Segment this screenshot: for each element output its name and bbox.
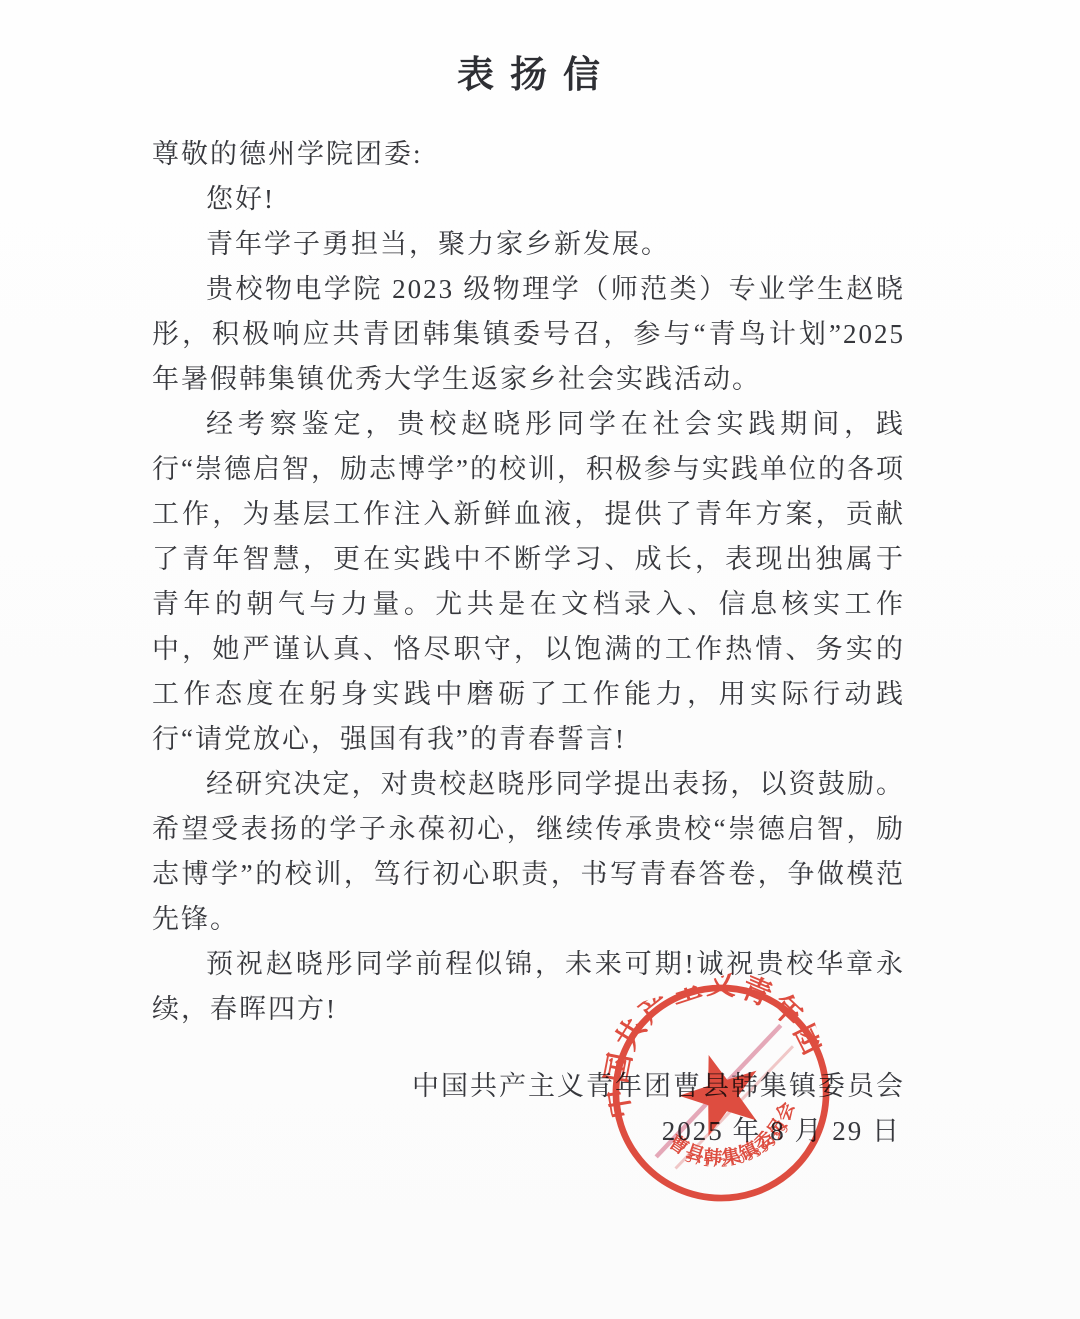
paragraph: 您好! <box>152 177 905 222</box>
signature-date: 2025 年 8 月 29 日 <box>152 1109 905 1154</box>
paragraph: 经考察鉴定，贵校赵晓彤同学在社会实践期间，践行“崇德启智，励志博学”的校训，积极… <box>152 402 905 762</box>
letter-body: 您好!青年学子勇担当，聚力家乡新发展。贵校物电学院 2023 级物理学（师范类）… <box>152 177 905 1032</box>
paragraph: 预祝赵晓彤同学前程似锦，未来可期!诚祝贵校华章永续，春晖四方! <box>152 942 905 1032</box>
signature-org: 中国共产主义青年团曹县韩集镇委员会 <box>152 1064 905 1109</box>
letter-page: 表扬信 尊敬的德州学院团委: 您好!青年学子勇担当，聚力家乡新发展。贵校物电学院… <box>0 0 1080 1319</box>
paragraph: 青年学子勇担当，聚力家乡新发展。 <box>152 222 905 267</box>
letter-title: 表扬信 <box>152 44 905 98</box>
paragraph: 经研究决定，对贵校赵晓彤同学提出表扬，以资鼓励。希望受表扬的学子永葆初心，继续传… <box>152 762 905 942</box>
paragraph: 贵校物电学院 2023 级物理学（师范类）专业学生赵晓彤，积极响应共青团韩集镇委… <box>152 267 905 402</box>
salutation: 尊敬的德州学院团委: <box>152 132 905 177</box>
